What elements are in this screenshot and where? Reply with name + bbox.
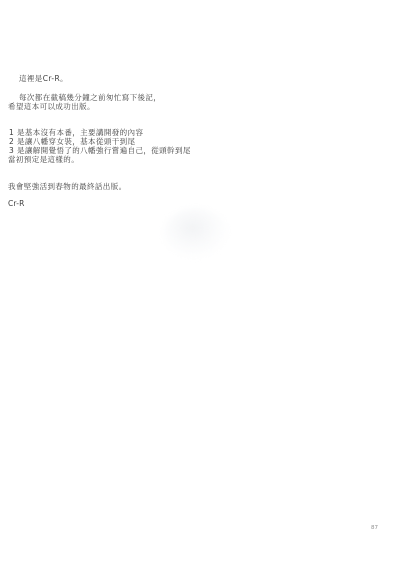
signature-line: Cr-R — [8, 199, 25, 208]
plan-list-item-3: 3 是讓解開覺悟了的八幡強行嘗遍自己，從頭幹到尾 — [9, 146, 191, 155]
plan-footer-line: 當初預定是這樣的。 — [8, 155, 79, 164]
closing-line: 我會堅強活到春物的最終話出版。 — [8, 182, 127, 191]
intro-line-2: 希望這本可以成功出版。 — [8, 102, 95, 111]
plan-list-item-1: 1 是基本沒有本番，主要講開發的內容 — [9, 128, 143, 137]
page-number: 87 — [371, 525, 378, 531]
scan-smudge-artifact — [163, 208, 229, 258]
plan-list-item-2: 2 是讓八幡穿女裝，基本從頭干到尾 — [9, 137, 135, 146]
greeting-line: 這裡是Cr-R。 — [19, 74, 68, 83]
afterword-page: 這裡是Cr-R。 每次都在截稿幾分鐘之前匆忙寫下後記， 希望這本可以成功出版。 … — [0, 0, 400, 568]
intro-line-1: 每次都在截稿幾分鐘之前匆忙寫下後記， — [19, 93, 161, 102]
